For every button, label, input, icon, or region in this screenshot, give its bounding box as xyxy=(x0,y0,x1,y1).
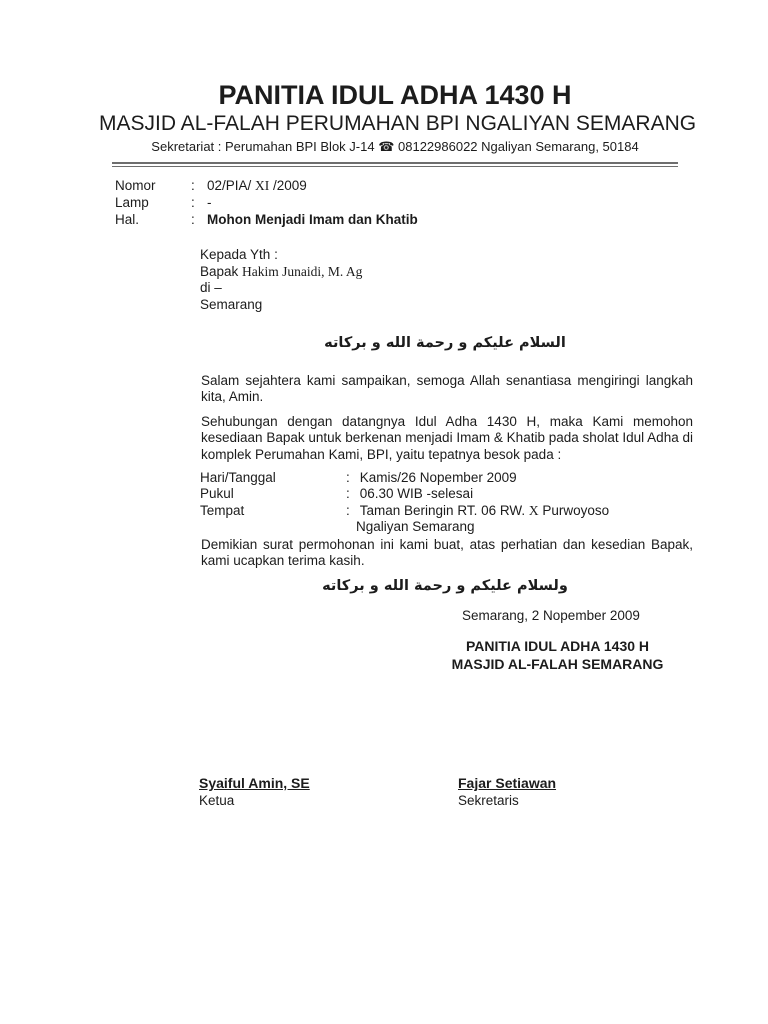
signature-sekretaris: Fajar Setiawan Sekretaris xyxy=(458,775,556,809)
recipient-block: Kepada Yth : Bapak Hakim Junaidi, M. Ag … xyxy=(200,247,362,313)
letterhead-secretariat: Sekretariat : Perumahan BPI Blok J-14 ☎ … xyxy=(99,139,691,156)
secretariat-address: Sekretariat : Perumahan BPI Blok J-14 xyxy=(151,139,378,154)
lamp-value: - xyxy=(207,194,212,211)
phone-icon: ☎ xyxy=(378,140,394,155)
hari-value: Kamis/26 Nopember 2009 xyxy=(356,470,517,486)
letterhead-title: PANITIA IDUL ADHA 1430 H xyxy=(99,80,691,111)
committee-line2: MASJID AL-FALAH SEMARANG xyxy=(447,655,668,673)
committee-line1: PANITIA IDUL ADHA 1430 H xyxy=(447,637,668,655)
letterhead: PANITIA IDUL ADHA 1430 H MASJID AL-FALAH… xyxy=(99,80,691,156)
event-row-hari: Hari/Tanggal : Kamis/26 Nopember 2009 xyxy=(200,470,609,486)
committee-block: PANITIA IDUL ADHA 1430 H MASJID AL-FALAH… xyxy=(447,637,668,673)
event-row-tempat: Tempat : Taman Beringin RT. 06 RW. X Pur… xyxy=(200,503,609,519)
paragraph-permohonan: Sehubungan dengan datangnya Idul Adha 14… xyxy=(201,414,693,463)
signature-ketua-role: Ketua xyxy=(199,792,310,809)
lamp-colon: : xyxy=(191,194,207,211)
reference-block: Nomor : 02/PIA/ XI /2009 Lamp : - Hal. :… xyxy=(115,177,418,228)
recipient-city: Semarang xyxy=(200,297,362,314)
hal-label: Hal. xyxy=(115,211,191,228)
pukul-label: Pukul xyxy=(200,486,346,502)
divider-line-top xyxy=(112,162,678,164)
recipient-name: Hakim Junaidi, M. Ag xyxy=(242,264,362,279)
pukul-colon: : xyxy=(346,486,356,502)
recipient-name-line: Bapak Hakim Junaidi, M. Ag xyxy=(200,264,362,281)
hari-label: Hari/Tanggal xyxy=(200,470,346,486)
signature-ketua-name: Syaiful Amin, SE xyxy=(199,775,310,792)
arabic-closing: ولسلام عليكم و رحمة الله و بركاته xyxy=(200,577,690,595)
recipient-di: di – xyxy=(200,280,362,297)
nomor-value: 02/PIA/ XI /2009 xyxy=(207,177,307,194)
reference-row-lamp: Lamp : - xyxy=(115,194,418,211)
hal-value: Mohon Menjadi Imam dan Khatib xyxy=(207,211,418,228)
nomor-value-post: /2009 xyxy=(269,178,307,193)
tempat-value-roman: X xyxy=(529,503,539,518)
recipient-kepada: Kepada Yth : xyxy=(200,247,362,264)
tempat-value-post: Purwoyoso xyxy=(539,503,610,518)
signature-sekretaris-name: Fajar Setiawan xyxy=(458,775,556,792)
nomor-value-pre: 02/PIA/ xyxy=(207,178,255,193)
signature-sekretaris-role: Sekretaris xyxy=(458,792,556,809)
pukul-value: 06.30 WIB -selesai xyxy=(356,486,473,502)
letterhead-divider xyxy=(112,162,678,167)
secretariat-phone-city: 08122986022 Ngaliyan Semarang, 50184 xyxy=(394,139,638,154)
hal-colon: : xyxy=(191,211,207,228)
nomor-value-roman: XI xyxy=(255,178,269,193)
tempat-colon: : xyxy=(346,503,356,519)
tempat-line2: Ngaliyan Semarang xyxy=(356,519,609,535)
divider-line-bottom xyxy=(112,166,678,167)
tempat-value: Taman Beringin RT. 06 RW. X Purwoyoso xyxy=(356,503,609,519)
lamp-label: Lamp xyxy=(115,194,191,211)
hari-colon: : xyxy=(346,470,356,486)
tempat-value-pre: Taman Beringin RT. 06 RW. xyxy=(356,503,529,518)
recipient-salutation: Bapak xyxy=(200,264,242,279)
reference-row-nomor: Nomor : 02/PIA/ XI /2009 xyxy=(115,177,418,194)
tempat-label: Tempat xyxy=(200,503,346,519)
dateline: Semarang, 2 Nopember 2009 xyxy=(462,607,640,624)
letter-page: PANITIA IDUL ADHA 1430 H MASJID AL-FALAH… xyxy=(0,0,768,1024)
letterhead-subtitle: MASJID AL-FALAH PERUMAHAN BPI NGALIYAN S… xyxy=(99,111,691,137)
paragraph-penutup: Demikian surat permohonan ini kami buat,… xyxy=(201,537,693,570)
nomor-label: Nomor xyxy=(115,177,191,194)
signature-ketua: Syaiful Amin, SE Ketua xyxy=(199,775,310,809)
paragraph-salam: Salam sejahtera kami sampaikan, semoga A… xyxy=(201,373,693,406)
event-row-pukul: Pukul : 06.30 WIB -selesai xyxy=(200,486,609,502)
reference-row-hal: Hal. : Mohon Menjadi Imam dan Khatib xyxy=(115,211,418,228)
nomor-colon: : xyxy=(191,177,207,194)
arabic-greeting: السلام عليكم و رحمة الله و بركاته xyxy=(200,334,690,352)
event-details: Hari/Tanggal : Kamis/26 Nopember 2009 Pu… xyxy=(200,470,609,536)
